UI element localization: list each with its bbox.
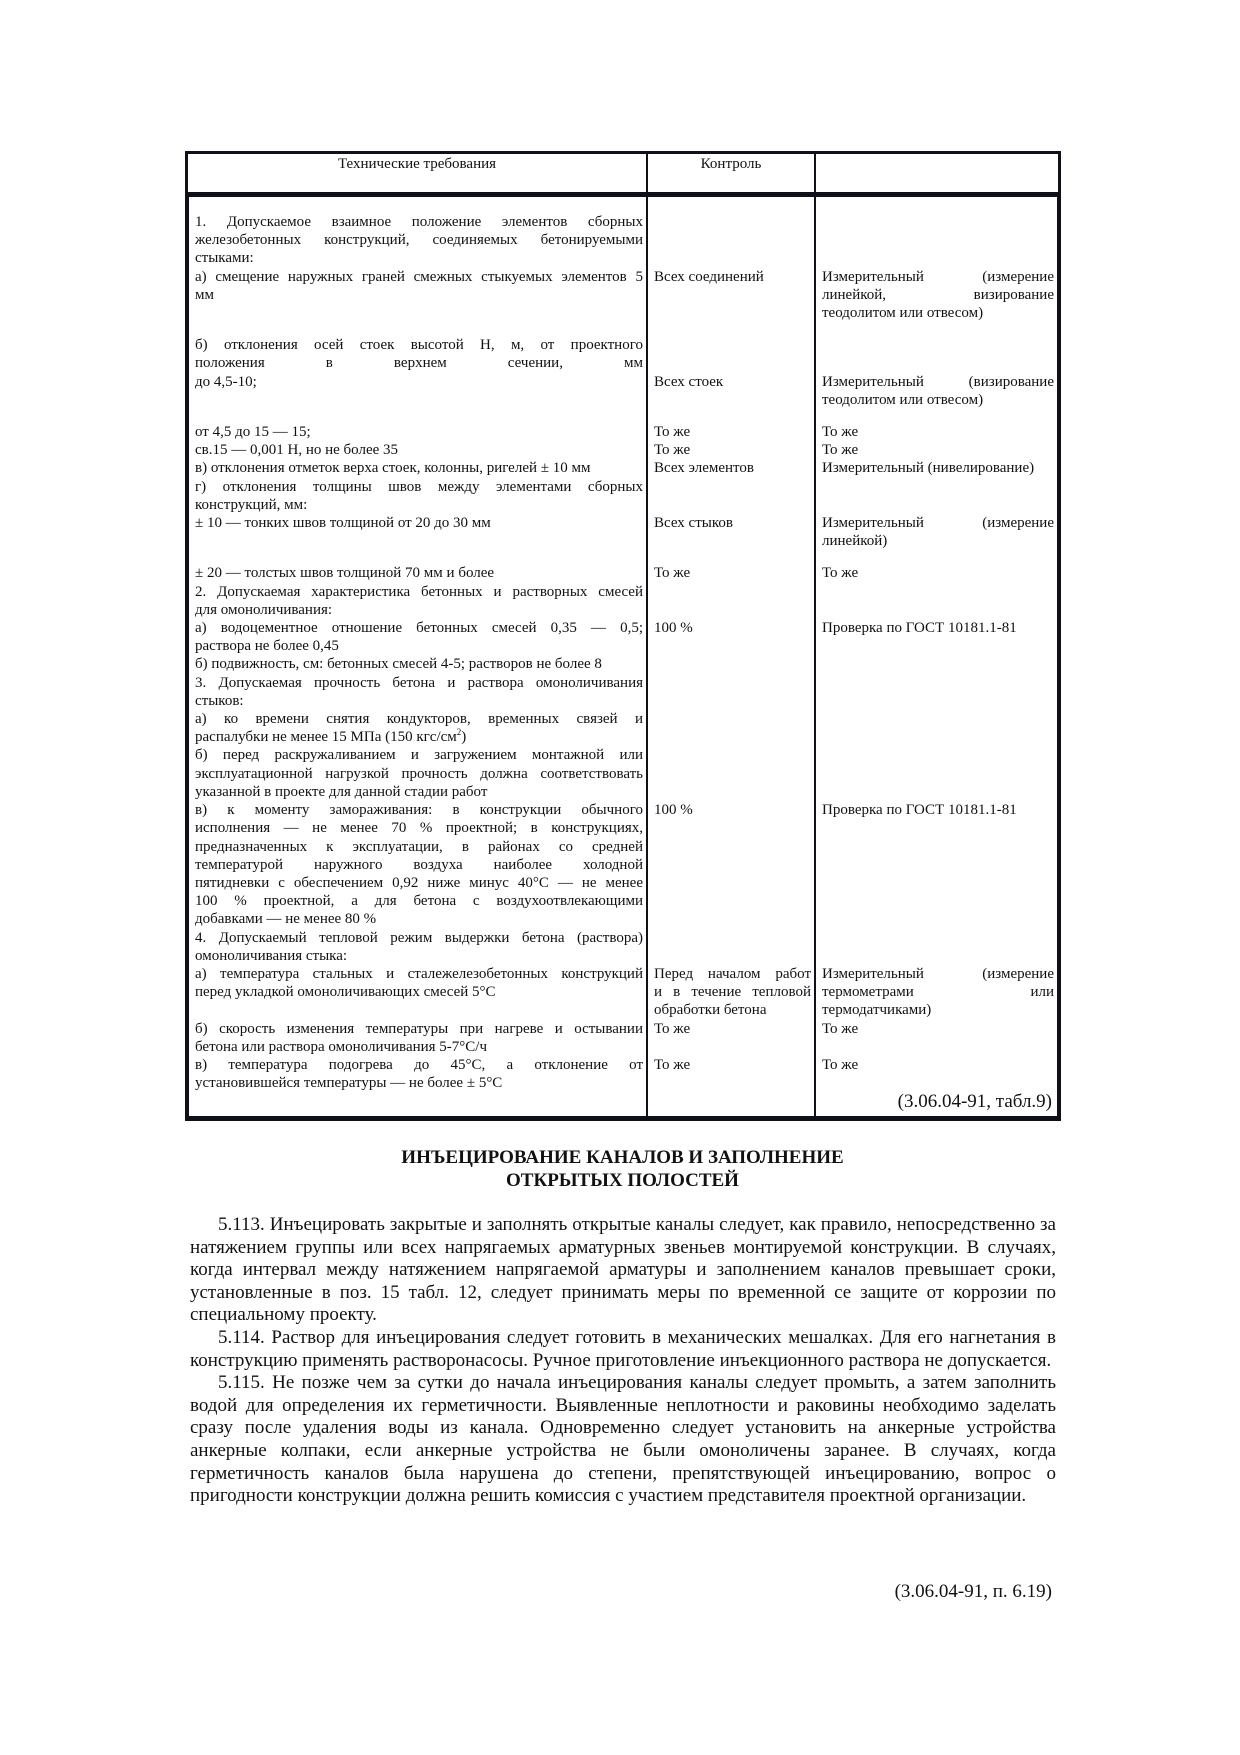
header-method (816, 154, 1061, 194)
requirement-cell: а) ко времени снятия кондукторов, времен… (189, 710, 648, 746)
table-row: ± 20 — толстых швов толщиной 70 мм и бол… (189, 564, 1057, 582)
cell-line: 1. Допускаемое взаимное положение элемен… (195, 213, 643, 231)
cell-line: перед укладкой омоноличивающих смесей 5°… (195, 983, 643, 1001)
paragraph-5-114: 5.114. Раствор для инъецирования следует… (190, 1327, 1056, 1372)
cell-line: раствора не более 0,45 (195, 637, 643, 655)
control-cell (648, 746, 816, 801)
control-cell: 100 % (648, 619, 816, 655)
cell-line: линейкой, визирование (822, 286, 1054, 304)
cell-line: 100 % (654, 801, 811, 819)
method-cell: Измерительный (измерениелинейкой, визиро… (816, 268, 1057, 337)
table-body: 1. Допускаемое взаимное положение элемен… (185, 197, 1061, 1121)
table-row: 3. Допускаемая прочность бетона и раство… (189, 674, 1057, 710)
cell-line: Измерительный (измерение (822, 268, 1054, 286)
cell-line: То же (822, 1020, 1054, 1038)
control-cell (648, 197, 816, 268)
cell-line: а) ко времени снятия кондукторов, времен… (195, 710, 643, 728)
section-heading: ИНЪЕЦИРОВАНИЕ КАНАЛОВ И ЗАПОЛНЕНИЕ ОТКРЫ… (185, 1146, 1060, 1192)
method-cell: Измерительный (визированиетеодолитом или… (816, 336, 1057, 423)
final-citation: (3.06.04-91, п. 6.19) (895, 1581, 1052, 1603)
cell-line: То же (822, 423, 1054, 441)
method-cell: Проверка по ГОСТ 10181.1-81 (816, 619, 1057, 655)
method-cell: То же (816, 1020, 1057, 1056)
section-heading-line-1: ИНЪЕЦИРОВАНИЕ КАНАЛОВ И ЗАПОЛНЕНИЕ (185, 1146, 1060, 1169)
table-row: от 4,5 до 15 — 15;То жеТо же (189, 423, 1057, 441)
cell-line: То же (654, 1020, 811, 1038)
method-cell (816, 478, 1057, 514)
table-header: Технические требования Контроль (185, 151, 1061, 197)
requirement-cell: в) температура подогрева до 45°С, а откл… (189, 1056, 648, 1116)
cell-line: То же (822, 441, 1054, 459)
cell-line: 100 % проектной, а для бетона с воздухоо… (195, 892, 643, 910)
control-cell: Всех стыков (648, 514, 816, 564)
table-row: г) отклонения толщины швов между элемент… (189, 478, 1057, 514)
cell-line: Измерительный (измерение (822, 514, 1054, 532)
method-cell (816, 710, 1057, 746)
table-row: а) ко времени снятия кондукторов, времен… (189, 710, 1057, 746)
cell-line: То же (654, 564, 811, 582)
cell-line: температурой наружного воздуха наиболее … (195, 856, 643, 874)
method-cell (816, 583, 1057, 619)
table-row: 1. Допускаемое взаимное положение элемен… (189, 197, 1057, 268)
cell-line: Проверка по ГОСТ 10181.1-81 (822, 801, 1054, 819)
control-cell: То же (648, 423, 816, 441)
cell-line (654, 336, 811, 354)
requirement-cell: а) температура стальных и сталежелезобет… (189, 965, 648, 1020)
control-cell: То же (648, 564, 816, 582)
method-cell (816, 746, 1057, 801)
cell-line: 100 % (654, 619, 811, 637)
table-row: 2. Допускаемая характеристика бетонных и… (189, 583, 1057, 619)
cell-line: в) температура подогрева до 45°С, а откл… (195, 1056, 643, 1074)
cell-line: а) температура стальных и сталежелезобет… (195, 965, 643, 983)
cell-line: стыками: (195, 249, 643, 267)
cell-line: ± 20 — толстых швов толщиной 70 мм и бол… (195, 564, 643, 582)
method-cell: То же (816, 564, 1057, 582)
requirement-cell: 1. Допускаемое взаимное положение элемен… (189, 197, 648, 268)
cell-line: То же (822, 564, 1054, 582)
control-cell (648, 583, 816, 619)
cell-line: 3. Допускаемая прочность бетона и раство… (195, 674, 643, 692)
table-row: б) отклонения осей стоек высотой Н, м, о… (189, 336, 1057, 423)
requirements-table: Технические требования Контроль 1. Допус… (185, 151, 1061, 1121)
requirement-cell: ± 20 — толстых швов толщиной 70 мм и бол… (189, 564, 648, 582)
requirement-cell: в) отклонения отметок верха стоек, колон… (189, 459, 648, 477)
cell-line: б) скорость изменения температуры при на… (195, 1020, 643, 1038)
method-cell: Измерительный (измерениелинейкой) (816, 514, 1057, 564)
cell-line: в) к моменту замораживания: в конструкци… (195, 801, 643, 819)
control-cell (648, 674, 816, 710)
method-cell: Измерительный (измерениетермометрами или… (816, 965, 1057, 1020)
control-cell: Всех соединений (648, 268, 816, 337)
cell-line: То же (654, 441, 811, 459)
body-text: 5.113. Инъецировать закрытые и заполнять… (190, 1214, 1056, 1508)
method-cell (816, 655, 1057, 673)
cell-line: линейкой) (822, 532, 1054, 550)
cell-line: Измерительный (измерение (822, 965, 1054, 983)
section-heading-line-2: ОТКРЫТЫХ ПОЛОСТЕЙ (185, 1169, 1060, 1192)
cell-line: теодолитом или отвесом) (822, 391, 1054, 409)
cell-line: распалубки не менее 15 МПа (150 кгс/см2) (195, 728, 643, 746)
requirement-cell: г) отклонения толщины швов между элемент… (189, 478, 648, 514)
requirement-cell: а) смещение наружных граней смежных стык… (189, 268, 648, 337)
cell-line: б) подвижность, см: бетонных смесей 4-5;… (195, 655, 643, 673)
cell-line: омоноличивания стыка: (195, 947, 643, 965)
method-cell (816, 197, 1057, 268)
table-row: б) скорость изменения температуры при на… (189, 1020, 1057, 1056)
method-cell: Измерительный (нивелирование) (816, 459, 1057, 477)
cell-line: б) отклонения осей стоек высотой Н, м, о… (195, 336, 643, 354)
cell-line: 2. Допускаемая характеристика бетонных и… (195, 583, 643, 601)
cell-line: Перед началом работ (654, 965, 811, 983)
requirement-cell: а) водоцементное отношение бетонных смес… (189, 619, 648, 655)
cell-line: теодолитом или отвесом) (822, 304, 1054, 322)
cell-line: термометрами или (822, 983, 1054, 1001)
table-row: а) температура стальных и сталежелезобет… (189, 965, 1057, 1020)
cell-line: в) отклонения отметок верха стоек, колон… (195, 459, 643, 477)
control-cell: 100 % (648, 801, 816, 928)
control-cell: Всех стоек (648, 336, 816, 423)
requirement-cell: в) к моменту замораживания: в конструкци… (189, 801, 648, 928)
cell-line: указанной в проекте для данной стадии ра… (195, 783, 643, 801)
table-citation: (3.06.04-91, табл.9) (898, 1091, 1052, 1113)
cell-line: для омоноличивания: (195, 601, 643, 619)
cell-line: и в течение тепловой (654, 983, 811, 1001)
table-row: а) смещение наружных граней смежных стык… (189, 268, 1057, 337)
method-cell (816, 929, 1057, 965)
method-cell: То же (816, 423, 1057, 441)
cell-line: Измерительный (нивелирование) (822, 459, 1054, 477)
cell-line: мм (195, 286, 643, 304)
control-cell (648, 929, 816, 965)
table-row: в) отклонения отметок верха стоек, колон… (189, 459, 1057, 477)
table-row: св.15 — 0,001 Н, но не более 35То жеТо ж… (189, 441, 1057, 459)
cell-line: Всех элементов (654, 459, 811, 477)
table-row: б) перед раскружаливанием и загружением … (189, 746, 1057, 801)
requirement-cell: 3. Допускаемая прочность бетона и раство… (189, 674, 648, 710)
cell-line: То же (822, 1056, 1054, 1074)
cell-line: Всех стыков (654, 514, 811, 532)
header-control: Контроль (648, 154, 816, 194)
cell-line (822, 354, 1054, 372)
requirement-cell: 2. Допускаемая характеристика бетонных и… (189, 583, 648, 619)
paragraph-5-113: 5.113. Инъецировать закрытые и заполнять… (190, 1214, 1056, 1327)
header-requirements: Технические требования (188, 154, 648, 194)
method-cell: То же (816, 441, 1057, 459)
control-cell (648, 655, 816, 673)
cell-line: обработки бетона (654, 1001, 811, 1019)
cell-line: предназначенных к эксплуатации, в района… (195, 838, 643, 856)
cell-line: конструкций, мм: (195, 496, 643, 514)
control-cell: Всех элементов (648, 459, 816, 477)
cell-line: добавками — не менее 80 % (195, 910, 643, 928)
requirement-cell: б) отклонения осей стоек высотой Н, м, о… (189, 336, 648, 423)
control-cell: То же (648, 1056, 816, 1116)
cell-line: стыков: (195, 692, 643, 710)
control-cell: То же (648, 441, 816, 459)
control-cell (648, 710, 816, 746)
requirement-cell: ± 10 — тонких швов толщиной от 20 до 30 … (189, 514, 648, 564)
control-cell: То же (648, 1020, 816, 1056)
cell-line: установившейся температуры — не более ± … (195, 1074, 643, 1092)
method-cell (816, 674, 1057, 710)
table-row: а) водоцементное отношение бетонных смес… (189, 619, 1057, 655)
paragraph-5-115: 5.115. Не позже чем за сутки до начала и… (190, 1372, 1056, 1508)
cell-line (822, 336, 1054, 354)
requirement-cell: от 4,5 до 15 — 15; (189, 423, 648, 441)
cell-line: То же (654, 423, 811, 441)
cell-line: железобетонных конструкций, соединяемых … (195, 231, 643, 249)
requirement-cell: б) перед раскружаливанием и загружением … (189, 746, 648, 801)
cell-line: от 4,5 до 15 — 15; (195, 423, 643, 441)
cell-line: а) водоцементное отношение бетонных смес… (195, 619, 643, 637)
table-row: б) подвижность, см: бетонных смесей 4-5;… (189, 655, 1057, 673)
cell-line: а) смещение наружных граней смежных стык… (195, 268, 643, 286)
cell-line: св.15 — 0,001 Н, но не более 35 (195, 441, 643, 459)
requirement-cell: б) подвижность, см: бетонных смесей 4-5;… (189, 655, 648, 673)
control-cell: Перед началом работи в течение тепловойо… (648, 965, 816, 1020)
requirement-cell: св.15 — 0,001 Н, но не более 35 (189, 441, 648, 459)
cell-line: То же (654, 1056, 811, 1074)
method-cell: Проверка по ГОСТ 10181.1-81 (816, 801, 1057, 928)
cell-line: исполнения — не менее 70 % проектной; в … (195, 819, 643, 837)
cell-line: положения в верхнем сечении, мм (195, 354, 643, 372)
table-row: 4. Допускаемый тепловой режим выдержки б… (189, 929, 1057, 965)
cell-line: Всех стоек (654, 373, 811, 391)
cell-line: до 4,5-10; (195, 373, 643, 391)
cell-line: эксплуатационной нагрузкой прочность дол… (195, 765, 643, 783)
cell-line: Измерительный (визирование (822, 373, 1054, 391)
cell-line: г) отклонения толщины швов между элемент… (195, 478, 643, 496)
cell-line: ± 10 — тонких швов толщиной от 20 до 30 … (195, 514, 643, 532)
table-row: в) к моменту замораживания: в конструкци… (189, 801, 1057, 928)
control-cell (648, 478, 816, 514)
cell-line: пятидневки с обеспечением 0,92 ниже мину… (195, 874, 643, 892)
requirement-cell: б) скорость изменения температуры при на… (189, 1020, 648, 1056)
requirement-cell: 4. Допускаемый тепловой режим выдержки б… (189, 929, 648, 965)
cell-line: Проверка по ГОСТ 10181.1-81 (822, 619, 1054, 637)
cell-line: б) перед раскружаливанием и загружением … (195, 746, 643, 764)
table-row: ± 10 — тонких швов толщиной от 20 до 30 … (189, 514, 1057, 564)
cell-line: 4. Допускаемый тепловой режим выдержки б… (195, 929, 643, 947)
cell-line: Всех соединений (654, 268, 811, 286)
cell-line: термодатчиками) (822, 1001, 1054, 1019)
cell-line: бетона или раствора омоноличивания 5-7°С… (195, 1038, 643, 1056)
cell-line (654, 354, 811, 372)
